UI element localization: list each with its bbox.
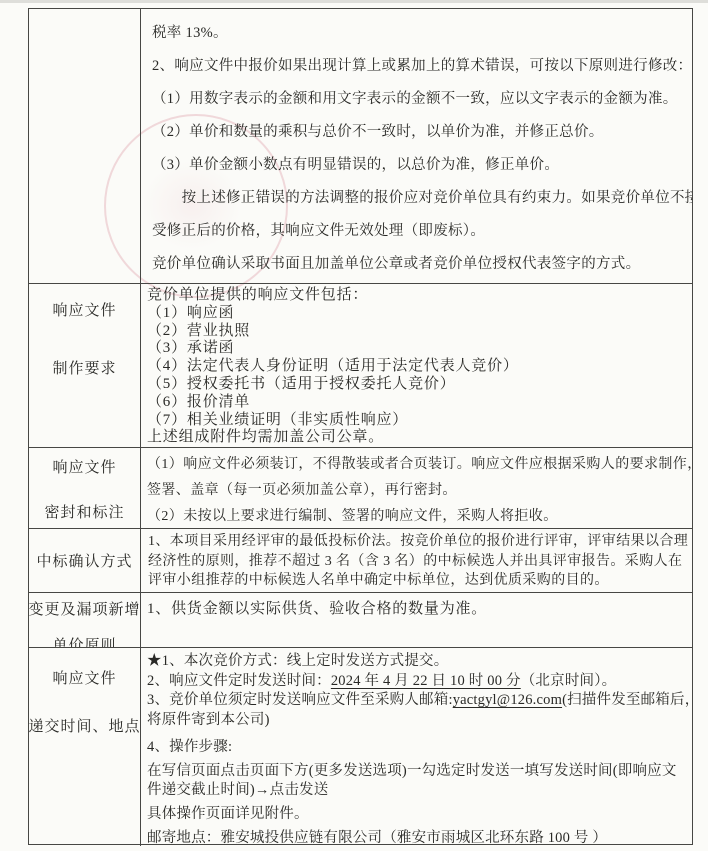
bidding-terms-table: 税率 13%。2、响应文件中报价如果出现计算上或累加上的算术错误，可按以下原则进…	[28, 8, 693, 845]
response-doc-preparation-row: 响应文件制作要求 竞价单位提供的响应文件包括：（1）响应函（2）营业执照（3）承…	[29, 284, 692, 448]
scan-edge-artifact	[0, 0, 708, 3]
response-doc-preparation-header: 响应文件制作要求	[29, 284, 141, 447]
award-confirmation-method-row: 中标确认方式 1、本项目采用经评审的最低投标价法。按竞价单位的报价进行评审，评审…	[29, 529, 692, 593]
submission-time-location-content: ★1、本次竞价方式：线上定时发送方式提交。2、响应文件定时发送时间：2024 年…	[141, 648, 692, 846]
price-correction-rules-row: 税率 13%。2、响应文件中报价如果出现计算上或累加上的算术错误，可按以下原则进…	[29, 9, 692, 284]
response-doc-sealing-content: （1）响应文件必须装订，不得散装或者合页装订。响应文件应根据采购人的要求制作，签…	[141, 448, 692, 528]
scanned-bidding-document: { "page": { "background_color": "#fbfbf8…	[0, 0, 708, 851]
award-confirmation-method-content: 1、本项目采用经评审的最低投标价法。按竞价单位的报价进行评审，评审结果以合理经济…	[141, 529, 692, 592]
change-omission-unit-price-content: 1、供货金额以实际供货、验收合格的数量为准。	[141, 593, 692, 647]
submission-time-location-header: 响应文件递交时间、地点	[29, 648, 141, 846]
response-doc-sealing-row: 响应文件密封和标注 （1）响应文件必须装订，不得散装或者合页装订。响应文件应根据…	[29, 448, 692, 529]
submission-time-location-row: 响应文件递交时间、地点 ★1、本次竞价方式：线上定时发送方式提交。2、响应文件定…	[29, 648, 692, 846]
response-doc-sealing-header: 响应文件密封和标注	[29, 448, 141, 528]
price-correction-row-header-empty	[29, 9, 141, 283]
award-confirmation-method-header: 中标确认方式	[29, 529, 141, 592]
change-omission-unit-price-row: 变更及漏项新增单价原则 1、供货金额以实际供货、验收合格的数量为准。	[29, 593, 692, 648]
change-omission-unit-price-header: 变更及漏项新增单价原则	[29, 593, 141, 647]
response-doc-preparation-content: 竞价单位提供的响应文件包括：（1）响应函（2）营业执照（3）承诺函（4）法定代表…	[141, 284, 692, 447]
price-correction-row-content: 税率 13%。2、响应文件中报价如果出现计算上或累加上的算术错误，可按以下原则进…	[141, 9, 692, 283]
